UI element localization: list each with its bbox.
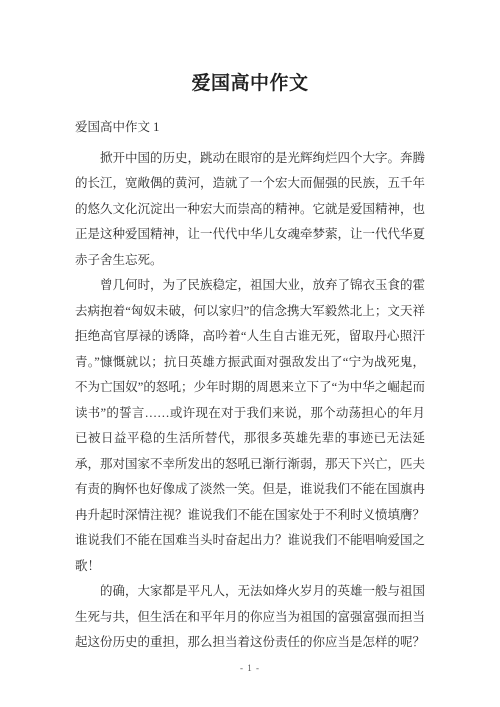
paragraph-3: 的确，大家都是平凡人，无法如烽火岁月的英雄一般与祖国生死与共，但生活在和平年月的… xyxy=(75,579,425,656)
document-body: 掀开中国的历史，跳动在眼帘的是光辉绚烂四个大字。奔腾的长江，宽敞偶的黄河，造就了… xyxy=(75,146,425,656)
document-title: 爱国高中作文 xyxy=(75,72,425,95)
paragraph-1: 掀开中国的历史，跳动在眼帘的是光辉绚烂四个大字。奔腾的长江，宽敞偶的黄河，造就了… xyxy=(75,146,425,274)
section-heading: 爱国高中作文 1 xyxy=(75,115,425,141)
document-page: 爱国高中作文 爱国高中作文 1 掀开中国的历史，跳动在眼帘的是光辉绚烂四个大字。… xyxy=(0,0,500,707)
paragraph-2: 曾几何时，为了民族稳定，祖国大业，放弃了锦衣玉食的霍去病抱着“匈奴未破，何以家归… xyxy=(75,273,425,579)
page-number: - 1 - xyxy=(0,663,500,673)
